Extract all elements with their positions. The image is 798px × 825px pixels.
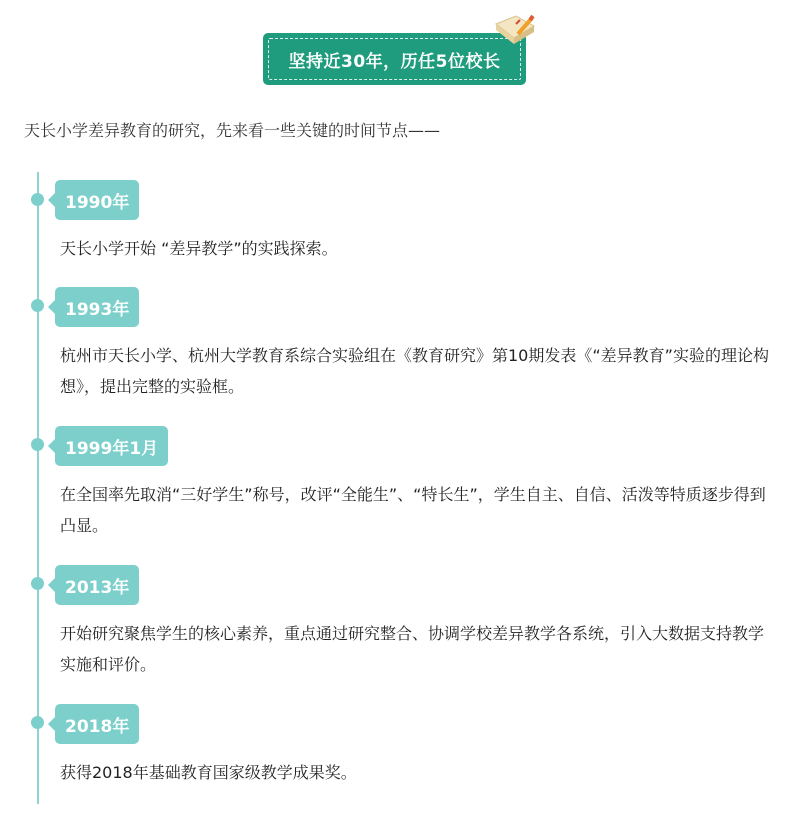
timeline-dot (31, 299, 44, 312)
book-pencil-icon (494, 14, 538, 48)
event-text: 杭州市天长小学、杭州大学教育系综合实验组在《教育研究》第10期发表《“差异教育”… (60, 340, 772, 402)
timeline-dot (31, 193, 44, 206)
event-text: 在全国率先取消“三好学生”称号，改评“全能生”、“特长生”，学生自主、自信、活泼… (60, 479, 772, 541)
event-text: 获得2018年基础教育国家级教学成果奖。 (60, 757, 772, 788)
date-tag: 1990年 (55, 180, 139, 220)
event-text: 天长小学开始 “差异教学”的实践探索。 (60, 233, 772, 264)
timeline-dot (31, 438, 44, 451)
date-tag: 2013年 (55, 565, 139, 605)
section-banner: 坚持近30年，历任5位校长 (263, 33, 526, 85)
intro-text: 天长小学差异教育的研究，先来看一些关键的时间节点—— (24, 118, 440, 141)
event-text: 开始研究聚焦学生的核心素养，重点通过研究整合、协调学校差异教学各系统，引入大数据… (60, 618, 772, 680)
timeline-dot (31, 716, 44, 729)
timeline-dot (31, 577, 44, 590)
date-tag: 1993年 (55, 287, 139, 327)
date-tag: 1999年1月 (55, 426, 168, 466)
banner-title: 坚持近30年，历任5位校长 (268, 38, 521, 80)
date-tag: 2018年 (55, 704, 139, 744)
timeline-line (37, 172, 39, 804)
